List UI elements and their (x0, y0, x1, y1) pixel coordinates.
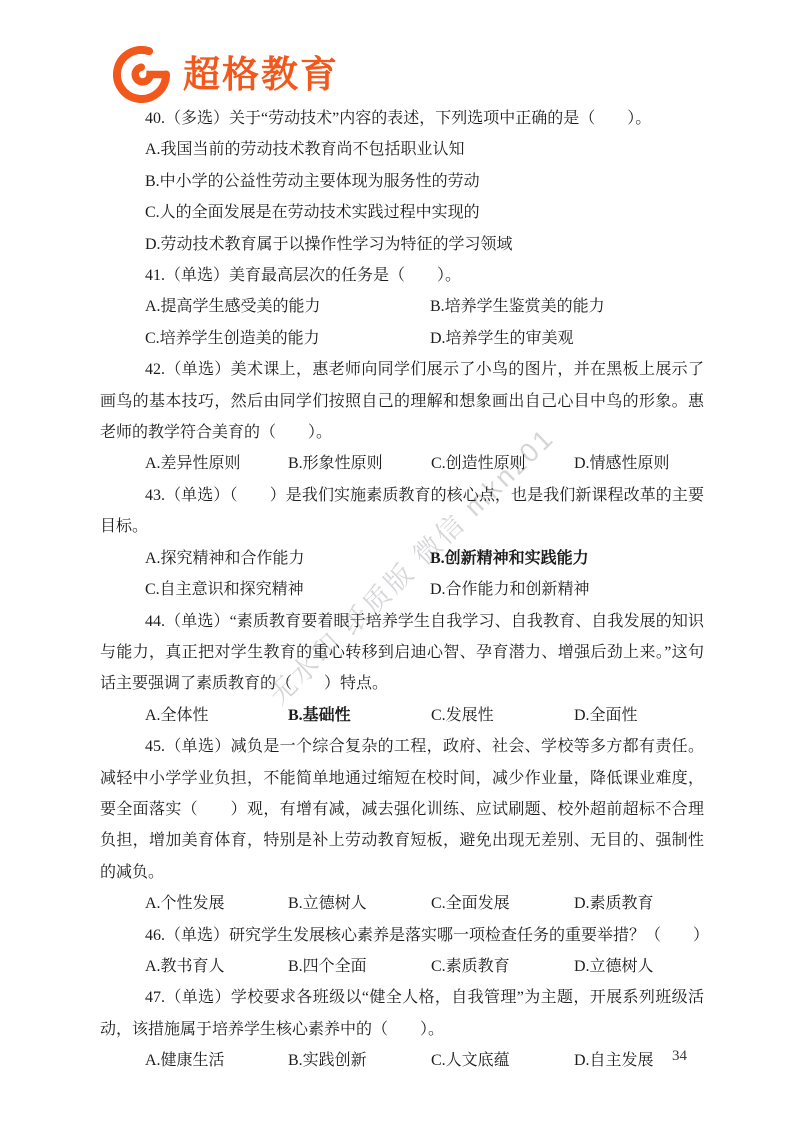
chaoge-education-logo: 超格教育 (113, 46, 339, 103)
option-D: D.劳动技术教育属于以操作性学习为特征的学习领域 (100, 229, 704, 260)
option-C: C.人文底蕴 (431, 1045, 574, 1076)
option-B: B.基础性 (288, 700, 431, 731)
option-D: D.培养学生的审美观 (430, 323, 704, 354)
option-D: D.情感性原则 (574, 448, 704, 479)
page-number: 34 (672, 1048, 687, 1065)
option-C: C.自主意识和探究精神 (145, 574, 430, 605)
options-row: A.全体性 B.基础性 C.发展性 D.全面性 (100, 700, 704, 731)
options-row: A.个性发展 B.立德树人 C.全面发展 D.素质教育 (100, 888, 704, 919)
options-row: A.健康生活 B.实践创新 C.人文底蕴 D.自主发展 (100, 1045, 704, 1076)
option-A: A.探究精神和合作能力 (145, 543, 430, 574)
options-row: A.差异性原则 B.形象性原则 C.创造性原则 D.情感性原则 (100, 448, 704, 479)
option-B: B.形象性原则 (288, 448, 431, 479)
option-D: D.全面性 (574, 700, 704, 731)
question-47: 47.（单选）学校要求各班级以“健全人格，自我管理”为主题，开展系列班级活动，该… (100, 982, 704, 1076)
option-A: A.提高学生感受美的能力 (145, 291, 430, 322)
exam-page-content: 40.（多选）关于“劳动技术”内容的表述，下列选项中正确的是（ ）。 A.我国当… (100, 103, 704, 1077)
option-B: B.实践创新 (288, 1045, 431, 1076)
question-43: 43.（单选）（ ）是我们实施素质教育的核心点，也是我们新课程改革的主要目标。 … (100, 480, 704, 606)
logo-text: 超格教育 (183, 56, 339, 93)
option-C: C.培养学生创造美的能力 (145, 323, 430, 354)
question-stem: 44.（单选）“素质教育要着眼于培养学生自我学习、自我教育、自我发展的知识与能力… (100, 606, 704, 700)
option-D: D.立德树人 (574, 951, 704, 982)
question-stem: 40.（多选）关于“劳动技术”内容的表述，下列选项中正确的是（ ）。 (100, 103, 704, 134)
option-C: C.全面发展 (431, 888, 574, 919)
question-stem: 43.（单选）（ ）是我们实施素质教育的核心点，也是我们新课程改革的主要目标。 (100, 480, 704, 543)
question-45: 45.（单选）减负是一个综合复杂的工程，政府、社会、学校等多方都有责任。减轻中小… (100, 731, 704, 919)
option-B: B.创新精神和实践能力 (430, 543, 704, 574)
option-D: D.素质教育 (574, 888, 704, 919)
option-B: B.中小学的公益性劳动主要体现为服务性的劳动 (100, 166, 704, 197)
question-stem: 47.（单选）学校要求各班级以“健全人格，自我管理”为主题，开展系列班级活动，该… (100, 982, 704, 1045)
question-40: 40.（多选）关于“劳动技术”内容的表述，下列选项中正确的是（ ）。 A.我国当… (100, 103, 704, 260)
question-stem: 41.（单选）美育最高层次的任务是（ ）。 (100, 260, 704, 291)
option-D: D.合作能力和创新精神 (430, 574, 704, 605)
question-46: 46.（单选）研究学生发展核心素养是落实哪一项检查任务的重要举措？（ ） A.教… (100, 920, 704, 983)
option-B: B.培养学生鉴赏美的能力 (430, 291, 704, 322)
option-A: A.教书育人 (145, 951, 288, 982)
option-A: A.差异性原则 (145, 448, 288, 479)
question-stem: 45.（单选）减负是一个综合复杂的工程，政府、社会、学校等多方都有责任。减轻中小… (100, 731, 704, 888)
options-row: C.自主意识和探究精神 D.合作能力和创新精神 (100, 574, 704, 605)
options-row: A.提高学生感受美的能力 B.培养学生鉴赏美的能力 (100, 291, 704, 322)
option-A: A.我国当前的劳动技术教育尚不包括职业认知 (100, 134, 704, 165)
option-A: A.个性发展 (145, 888, 288, 919)
question-41: 41.（单选）美育最高层次的任务是（ ）。 A.提高学生感受美的能力 B.培养学… (100, 260, 704, 354)
question-stem: 46.（单选）研究学生发展核心素养是落实哪一项检查任务的重要举措？（ ） (100, 920, 704, 951)
option-B: B.四个全面 (288, 951, 431, 982)
option-C: C.素质教育 (431, 951, 574, 982)
options-row: C.培养学生创造美的能力 D.培养学生的审美观 (100, 323, 704, 354)
chaoge-g-logo-icon (113, 46, 170, 103)
option-A: A.全体性 (145, 700, 288, 731)
question-44: 44.（单选）“素质教育要着眼于培养学生自我学习、自我教育、自我发展的知识与能力… (100, 606, 704, 732)
option-B: B.立德树人 (288, 888, 431, 919)
option-C: C.人的全面发展是在劳动技术实践过程中实现的 (100, 197, 704, 228)
options-row: A.教书育人 B.四个全面 C.素质教育 D.立德树人 (100, 951, 704, 982)
option-C: C.发展性 (431, 700, 574, 731)
question-42: 42.（单选）美术课上，惠老师向同学们展示了小鸟的图片，并在黑板上展示了画鸟的基… (100, 354, 704, 480)
question-stem: 42.（单选）美术课上，惠老师向同学们展示了小鸟的图片，并在黑板上展示了画鸟的基… (100, 354, 704, 448)
options-row: A.探究精神和合作能力 B.创新精神和实践能力 (100, 543, 704, 574)
option-A: A.健康生活 (145, 1045, 288, 1076)
option-C: C.创造性原则 (431, 448, 574, 479)
